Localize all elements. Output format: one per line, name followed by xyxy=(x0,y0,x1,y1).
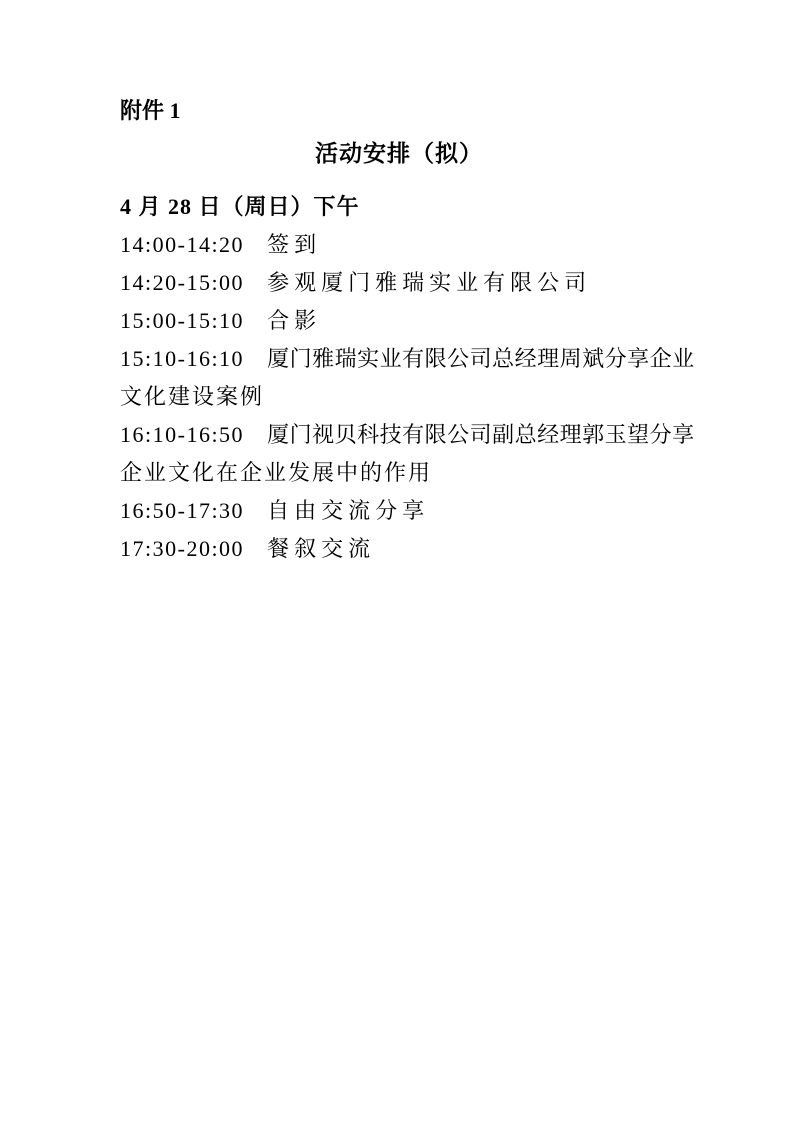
item-time: 15:10-16:10 xyxy=(120,340,244,378)
schedule-item: 16:10-16:50厦门视贝科技有限公司副总经理郭玉望分享 xyxy=(120,416,678,454)
item-description: 自由交流分享 xyxy=(267,498,429,523)
item-description: 参观厦门雅瑞实业有限公司 xyxy=(267,270,591,295)
page-title: 活动安排（拟） xyxy=(120,138,678,170)
item-time: 14:20-15:00 xyxy=(120,264,244,302)
item-description: 厦门雅瑞实业有限公司总经理周斌分享企业 xyxy=(267,346,695,371)
schedule-item: 16:50-17:30自由交流分享 xyxy=(120,492,678,530)
item-time: 17:30-20:00 xyxy=(120,530,244,568)
item-time: 14:00-14:20 xyxy=(120,226,244,264)
item-description-continued: 文化建设案例 xyxy=(120,378,678,416)
item-description: 餐叙交流 xyxy=(267,536,375,561)
item-time: 16:50-17:30 xyxy=(120,492,244,530)
day-heading: 4 月 28 日（周日）下午 xyxy=(120,188,678,226)
item-description: 签到 xyxy=(267,232,321,257)
schedule-item: 15:00-15:10合影 xyxy=(120,302,678,340)
item-time: 16:10-16:50 xyxy=(120,416,244,454)
item-description: 厦门视贝科技有限公司副总经理郭玉望分享 xyxy=(267,422,695,447)
item-time: 15:00-15:10 xyxy=(120,302,244,340)
schedule-item: 14:20-15:00参观厦门雅瑞实业有限公司 xyxy=(120,264,678,302)
item-description: 合影 xyxy=(267,308,321,333)
attachment-label: 附件 1 xyxy=(120,96,678,126)
item-description-continued: 企业文化在企业发展中的作用 xyxy=(120,454,678,492)
schedule-list: 14:00-14:20签到14:20-15:00参观厦门雅瑞实业有限公司15:0… xyxy=(120,226,678,568)
schedule-item: 14:00-14:20签到 xyxy=(120,226,678,264)
schedule-item: 15:10-16:10厦门雅瑞实业有限公司总经理周斌分享企业 xyxy=(120,340,678,378)
document-page: 附件 1 活动安排（拟） 4 月 28 日（周日）下午 14:00-14:20签… xyxy=(0,0,800,1132)
schedule-item: 17:30-20:00餐叙交流 xyxy=(120,530,678,568)
